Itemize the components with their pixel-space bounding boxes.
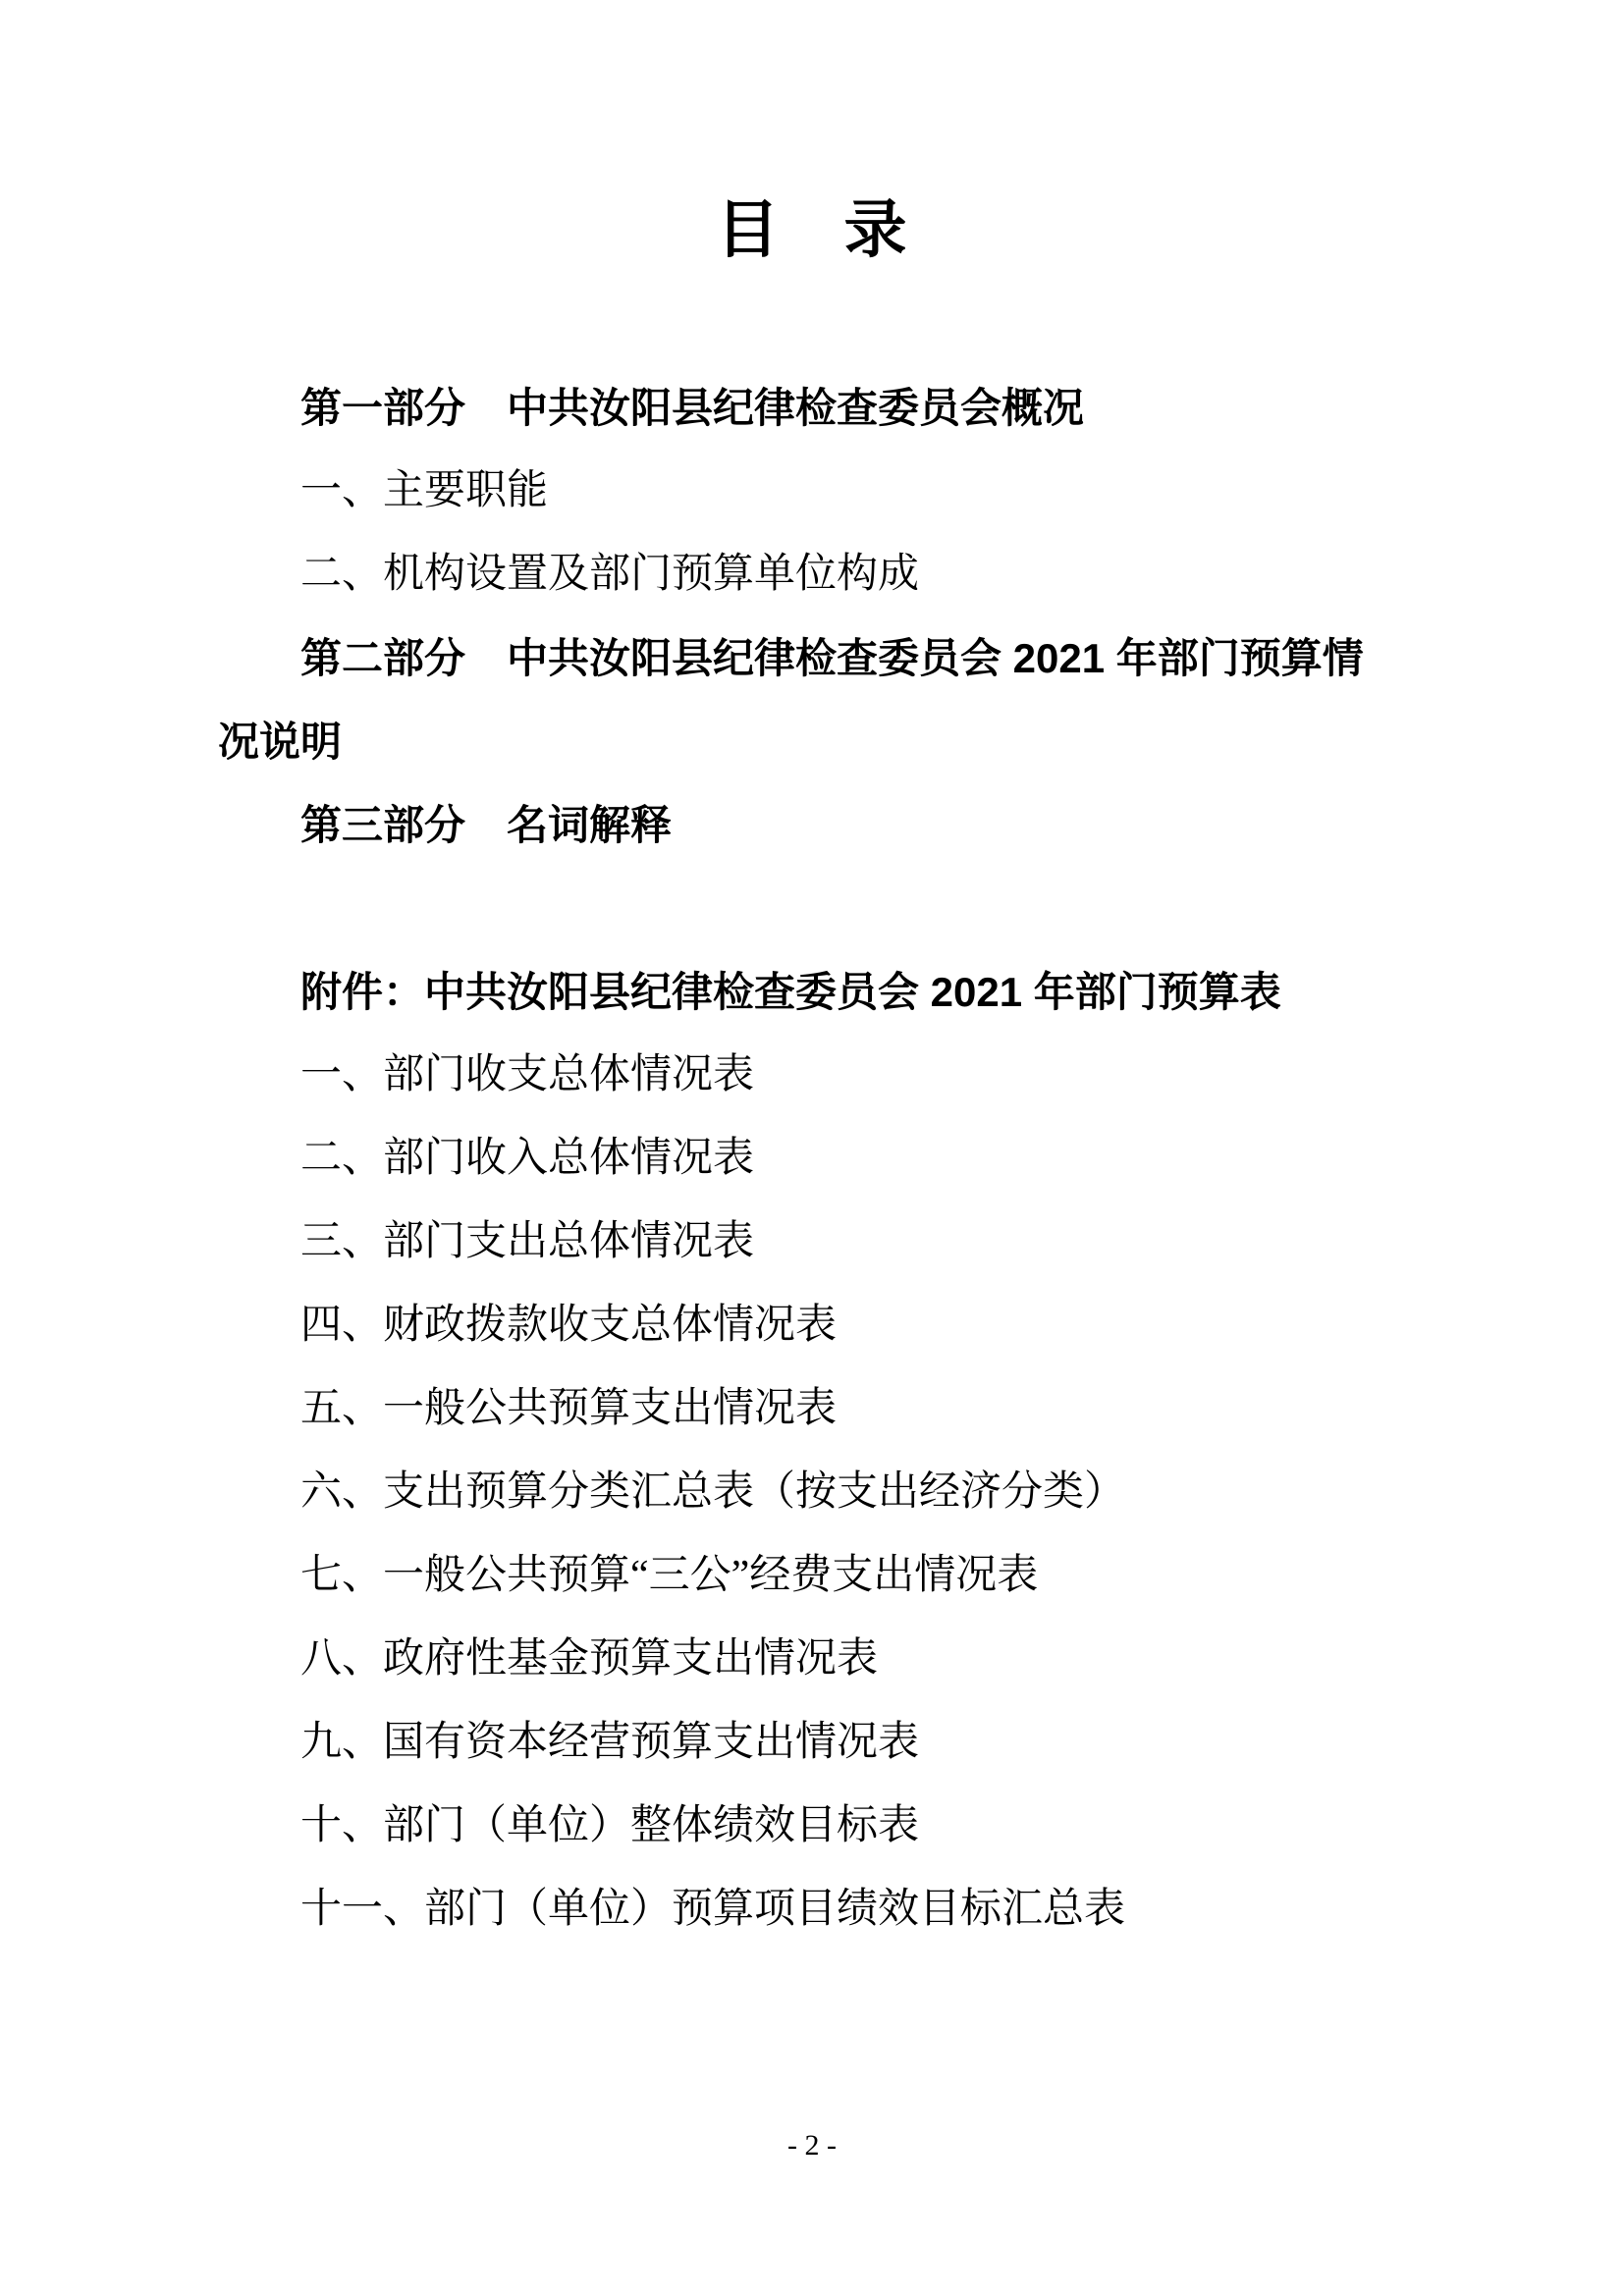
toc-attachment-item-8: 八、政府性基金预算支出情况表 [218,1618,1411,1701]
toc-attachment-item-11: 十一、部门（单位）预算项目绩效目标汇总表 [218,1868,1411,1951]
toc-attachment-item-7: 七、一般公共预算“三公”经费支出情况表 [218,1534,1411,1618]
toc-attachment-item-1: 一、部门收支总体情况表 [218,1034,1411,1117]
toc-part1-heading: 第一部分 中共汝阳县纪律检查委员会概况 [218,366,1411,450]
toc-attachment-item-9: 九、国有资本经营预算支出情况表 [218,1701,1411,1785]
toc-attachment-item-6: 六、支出预算分类汇总表（按支出经济分类） [218,1451,1411,1534]
toc-blank-line [218,867,1411,950]
toc-attachment-item-3: 三、部门支出总体情况表 [218,1201,1411,1284]
toc-part3-heading: 第三部分 名词解释 [218,783,1411,867]
toc-attachment-item-10: 十、部门（单位）整体绩效目标表 [218,1785,1411,1868]
toc-item-main-functions: 一、主要职能 [218,450,1411,533]
toc-attachment-item-2: 二、部门收入总体情况表 [218,1117,1411,1201]
table-of-contents: 第一部分 中共汝阳县纪律检查委员会概况 一、主要职能 二、机构设置及部门预算单位… [218,366,1411,1951]
page-title: 目 录 [0,188,1624,271]
toc-item-org-structure: 二、机构设置及部门预算单位构成 [218,533,1411,616]
page-number: - 2 - [0,2128,1624,2163]
document-page: 目 录 第一部分 中共汝阳县纪律检查委员会概况 一、主要职能 二、机构设置及部门… [0,0,1624,2296]
toc-part2-heading-line2: 况说明 [218,700,1411,783]
toc-attachment-item-4: 四、财政拨款收支总体情况表 [218,1284,1411,1367]
toc-part2-heading-line1: 第二部分 中共汝阳县纪律检查委员会 2021 年部门预算情 [218,616,1411,700]
toc-attachment-item-5: 五、一般公共预算支出情况表 [218,1367,1411,1451]
toc-attachment-heading: 附件：中共汝阳县纪律检查委员会 2021 年部门预算表 [218,950,1411,1034]
